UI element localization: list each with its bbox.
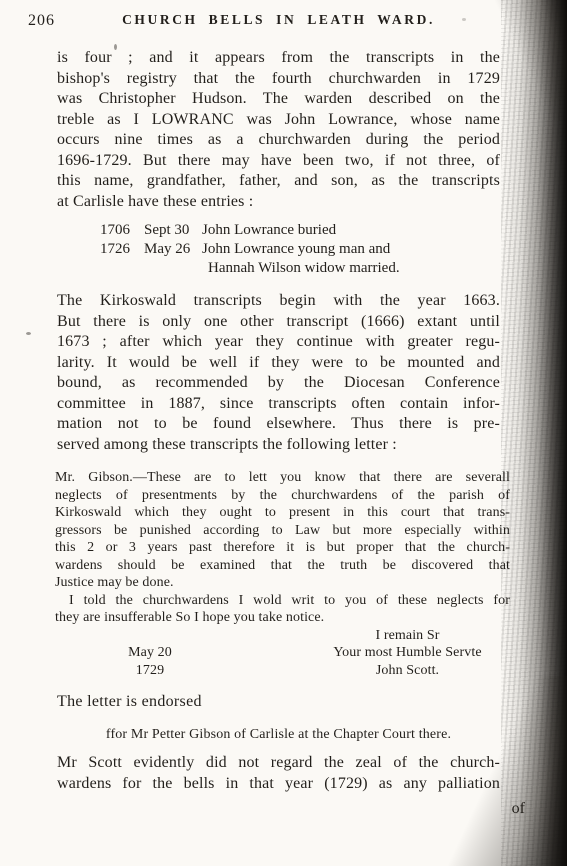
catchword: of — [0, 799, 525, 820]
paragraph-kirkoswald-transcripts: The Kirkoswald transcripts begin with th… — [57, 291, 500, 455]
page-gutter-shadow — [501, 0, 567, 866]
closing-remain: I remain Sr — [305, 627, 510, 645]
page-header: 206 CHURCH BELLS IN LEATH WARD. — [0, 12, 567, 32]
text-line: wardens should be examined that the trut… — [55, 557, 510, 575]
text-line: gressors be punished according to Law bu… — [55, 522, 510, 540]
endorsement-intro: The letter is endorsed — [57, 692, 500, 713]
text-line: Kirkoswald which they ought to present i… — [55, 504, 510, 522]
scanned-book-page: 206 CHURCH BELLS IN LEATH WARD. is four … — [0, 0, 567, 866]
scan-noise-speck — [26, 332, 31, 335]
text-line: this name, grandfather, father, and son,… — [57, 171, 500, 192]
closing-date: May 20 — [110, 644, 190, 662]
text-line: But there is only one other transcript (… — [57, 312, 500, 333]
text-line: The Kirkoswald transcripts begin with th… — [57, 291, 500, 312]
text-line: bishop's registry that the fourth church… — [57, 69, 500, 90]
letter-body: Mr. Gibson.—These are to lett you know t… — [55, 469, 510, 592]
scan-noise-speck — [462, 18, 466, 21]
text-line: they are insufferable So I hope you take… — [55, 609, 510, 627]
register-entry-row: 1726 May 26 John Lowrance young man and — [100, 240, 567, 259]
text-line: 1696-1729. But there may have been two, … — [57, 151, 500, 172]
letter-closing-row: 1729 John Scott. — [55, 662, 510, 680]
text-line: 1673 ; after which year they continue wi… — [57, 332, 500, 353]
entry-continuation: Hannah Wilson widow married. — [208, 259, 567, 278]
entry-date: Sept 30 — [144, 221, 202, 240]
text-line: larity. It would be well if they were to… — [57, 353, 500, 374]
closing-servant: Your most Humble Servte — [305, 644, 510, 662]
text-line: Justice may be done. — [55, 574, 510, 592]
text-line: wardens for the bells in that year (1729… — [57, 774, 500, 795]
quoted-letter: Mr. Gibson.—These are to lett you know t… — [55, 469, 510, 679]
letter-postscript: I told the churchwardens I wold writ to … — [55, 592, 510, 627]
text-line: Mr Scott evidently did not regard the ze… — [57, 753, 500, 774]
entry-year: 1726 — [100, 240, 144, 259]
text-line: occurs nine times as a churchwarden duri… — [57, 130, 500, 151]
letter-closing-row: May 20 Your most Humble Servte — [55, 644, 510, 662]
text-line: Mr. Gibson.—These are to lett you know t… — [55, 469, 510, 487]
text-line: I told the churchwardens I wold writ to … — [55, 592, 510, 610]
page-number: 206 — [28, 12, 55, 30]
entry-year: 1706 — [100, 221, 144, 240]
text-line: this 2 or 3 years past therefore it is b… — [55, 539, 510, 557]
letter-closing-row: I remain Sr — [55, 627, 510, 645]
paragraph-churchwardens: is four ; and it appears from the transc… — [57, 48, 500, 212]
register-entries: 1706 Sept 30 John Lowrance buried 1726 M… — [100, 221, 567, 278]
running-head-title: CHURCH BELLS IN LEATH WARD. — [57, 12, 500, 28]
closing-year: 1729 — [110, 662, 190, 680]
entry-text: John Lowrance young man and — [202, 240, 390, 259]
text-line: committee in 1887, since transcripts oft… — [57, 394, 500, 415]
text-line: is four ; and it appears from the transc… — [57, 48, 500, 69]
text-line: mation not to be found elsewhere. Thus t… — [57, 414, 500, 435]
text-line: bound, as recommended by the Diocesan Co… — [57, 373, 500, 394]
entry-date: May 26 — [144, 240, 202, 259]
closing-signature: John Scott. — [305, 662, 510, 680]
entry-text: John Lowrance buried — [202, 221, 336, 240]
paragraph-mr-scott: Mr Scott evidently did not regard the ze… — [57, 753, 500, 794]
scan-noise-speck — [114, 44, 117, 50]
endorsement-text: ffor Mr Petter Gibson of Carlisle at the… — [57, 726, 500, 744]
text-line: neglects of presentments by the churchwa… — [55, 487, 510, 505]
text-line: was Christopher Hudson. The warden descr… — [57, 89, 500, 110]
text-line: at Carlisle have these entries : — [57, 192, 500, 213]
text-line: served among these transcripts the follo… — [57, 435, 500, 456]
text-line: treble as I LOWRANC was John Lowrance, w… — [57, 110, 500, 131]
register-entry-row: 1706 Sept 30 John Lowrance buried — [100, 221, 567, 240]
